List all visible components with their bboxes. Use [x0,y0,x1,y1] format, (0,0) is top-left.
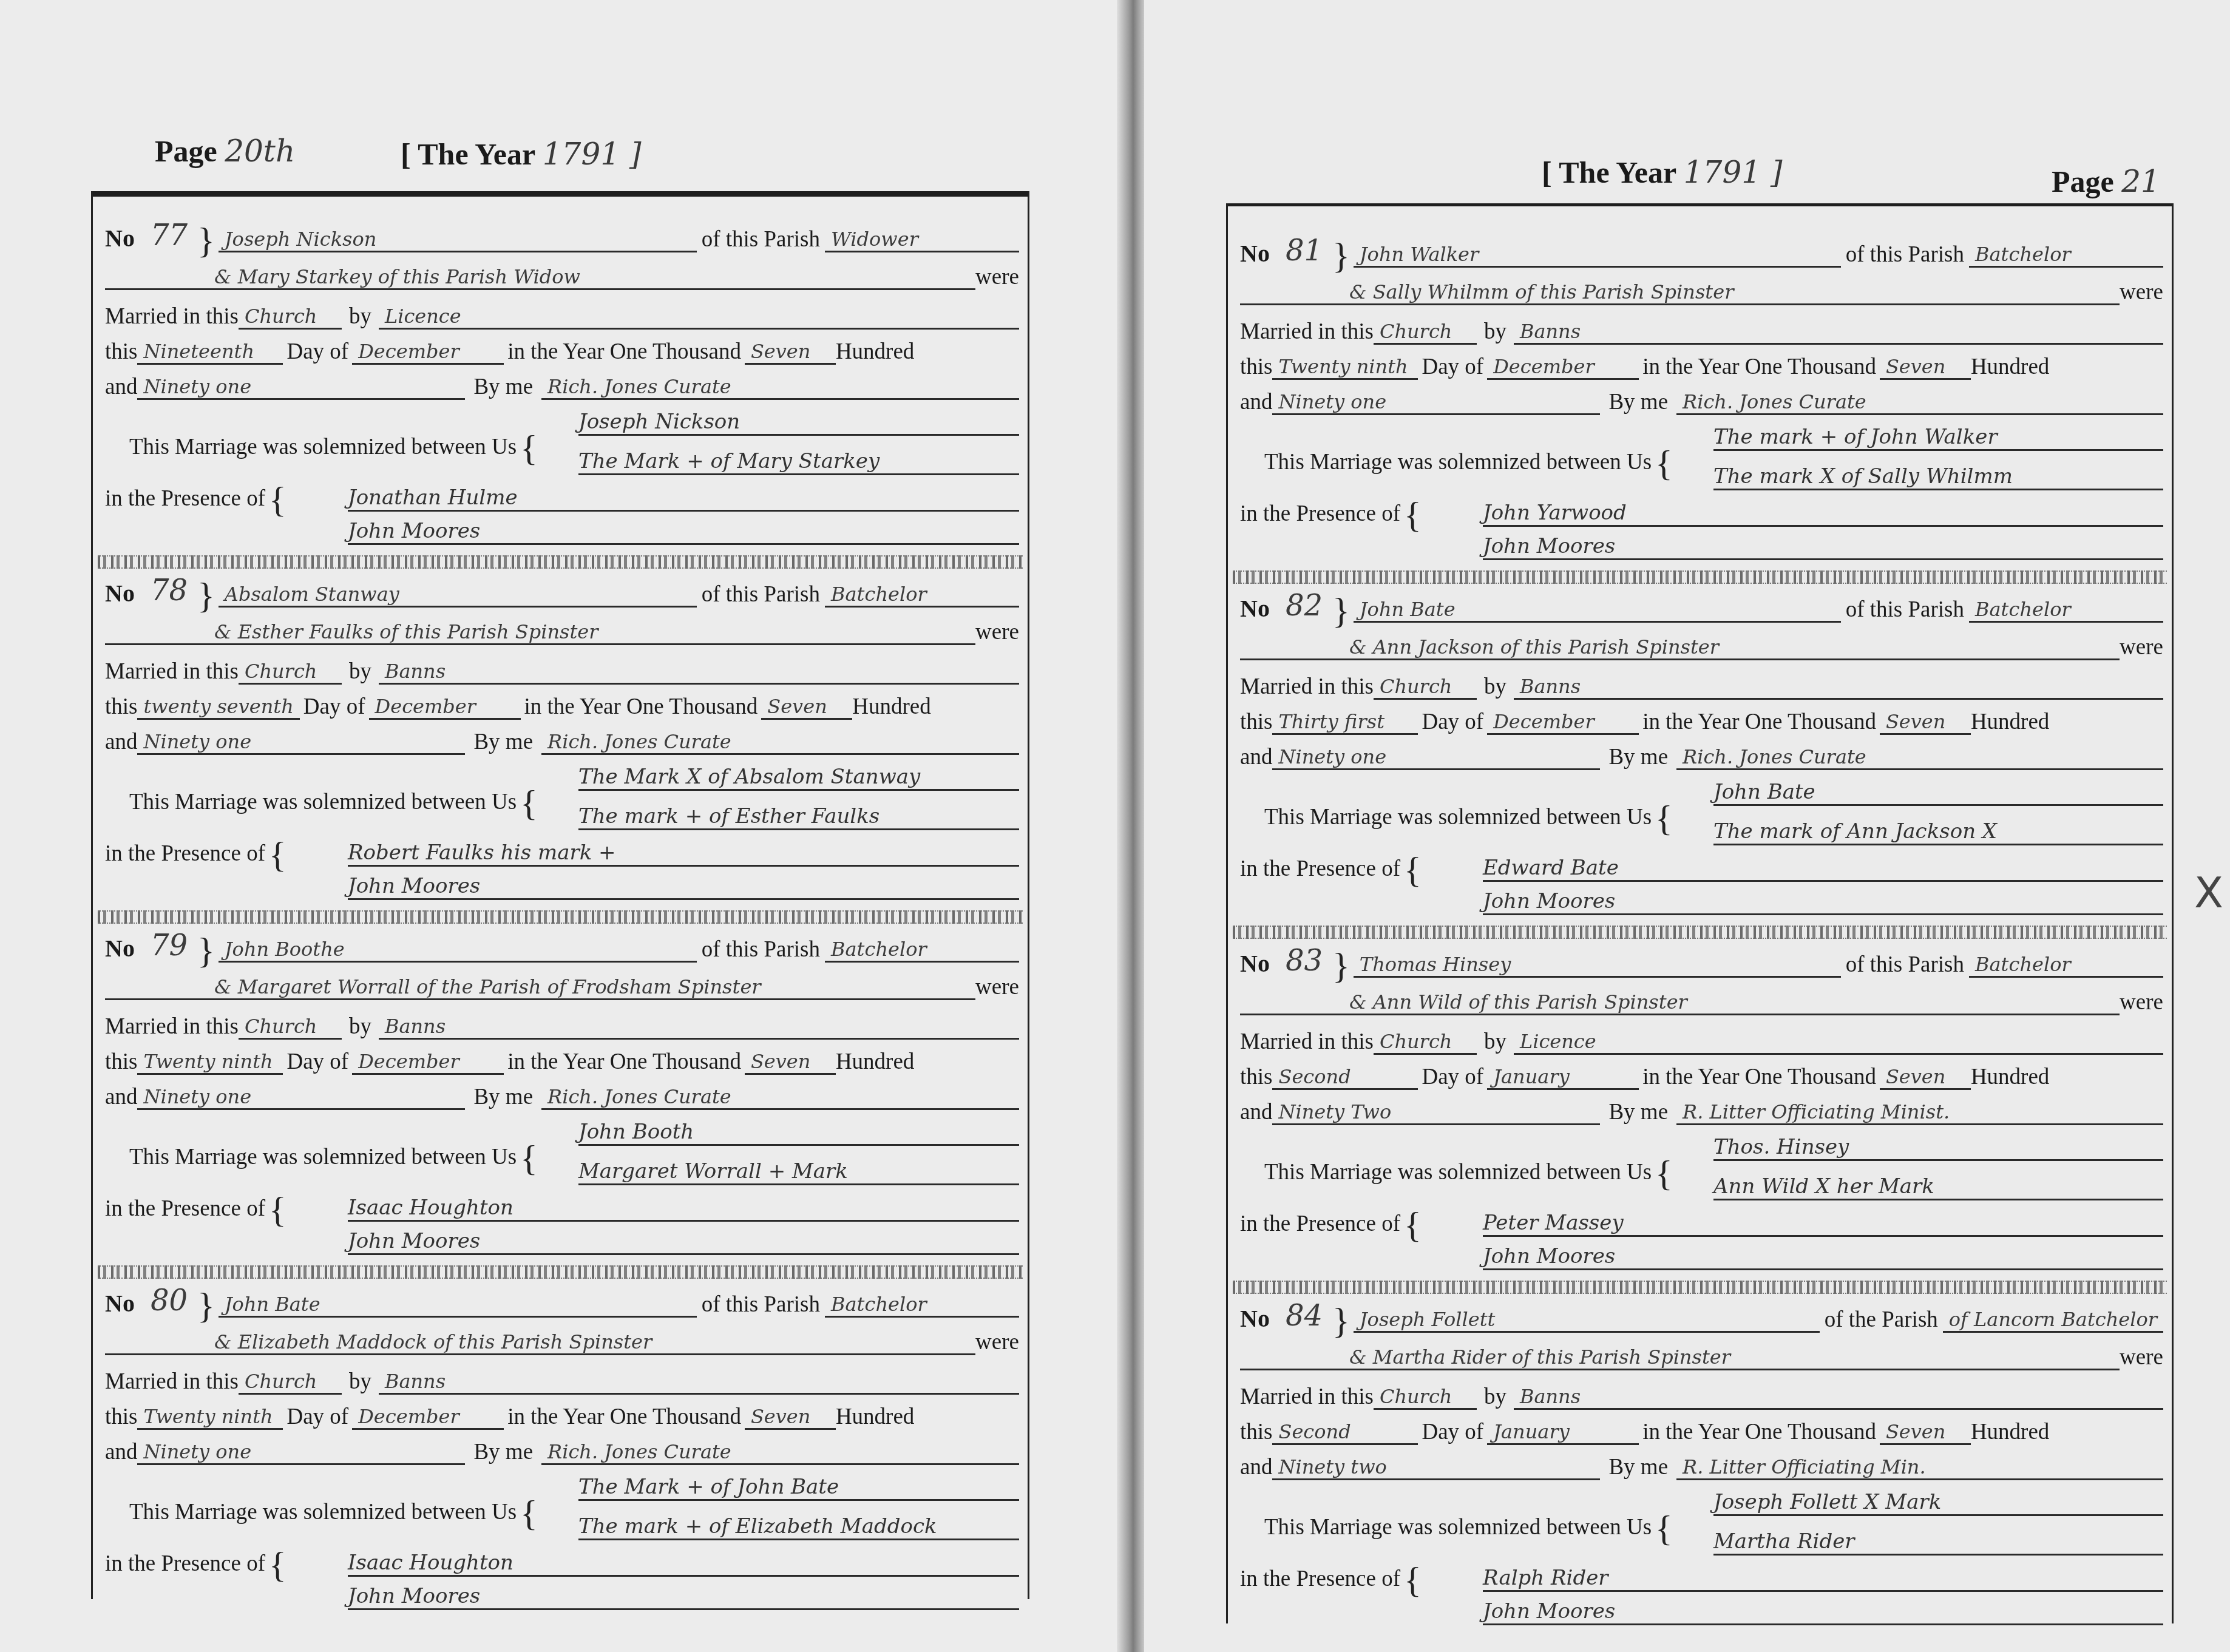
groom-name: Absalom Stanway [219,583,697,608]
year-text-label: in the Year One Thousand [1642,709,1876,735]
by-me-label: By me [473,729,533,755]
by-label: by [1484,674,1506,700]
party-signature-2: Margaret Worrall + Mark [578,1159,1019,1185]
entry-year-row: and Ninety one By me Rich. Jones Curate [105,1439,1019,1465]
bride-line: & Elizabeth Maddock of this Parish Spins… [105,1330,975,1355]
solemnized-label: This Marriage was solemnized between Us [129,1144,517,1170]
brace-icon: } [1332,598,1350,623]
witness-signature-2: John Moores [348,1229,1019,1255]
entry-date-row: this twenty seventh Day of December in t… [105,694,1019,720]
party-signature-2: The mark of Ann Jackson X [1713,819,2163,845]
year-text-label: in the Year One Thousand [1642,1419,1876,1445]
groom-parish-label: of this Parish [702,581,820,608]
witness-signature-1: Robert Faulks his mark + [348,841,1019,867]
entry-number: 81 [1279,234,1329,268]
marriage-day: Second [1272,1420,1418,1445]
party-signature-2: The Mark + of Mary Starkey [578,449,1019,475]
presence-label: in the Presence of [105,1551,265,1577]
solemnized-label: This Marriage was solemnized between Us [1264,804,1652,830]
year-tail: Ninety one [137,375,465,400]
party-signature-1: Joseph Follett X Mark [1713,1490,2163,1516]
entry-date-row: this Second Day of January in the Year O… [1240,1064,2163,1090]
marriage-month: December [352,1405,504,1430]
married-label: Married in this [105,658,239,685]
solemnized-label: This Marriage was solemnized between Us [1264,1514,1652,1540]
brace-icon: { [520,1501,538,1525]
witness-signature-2: John Moores [1483,534,2163,560]
this-label: this [1240,1419,1272,1445]
entry-divider-ornament [98,1265,1023,1279]
brace-icon: } [1332,1308,1350,1333]
groom-status: Batchelor [825,583,1019,608]
married-label: Married in this [1240,1384,1374,1410]
year-label: [ The Year [401,137,535,171]
groom-parish-label: of this Parish [702,936,820,963]
presence-label: in the Presence of [105,486,265,512]
party-signature-2: Ann Wild X her Mark [1713,1174,2163,1200]
brace-icon: } [197,1293,215,1318]
marriage-entry-84: No 84 } Joseph Follett of the Parish of … [1228,1281,2172,1639]
frame-top-rule [1228,203,2172,206]
marriage-place: Church [239,660,342,685]
presence-label: in the Presence of [1240,1566,1400,1592]
groom-status: Widower [825,228,1019,252]
groom-name: John Bate [219,1293,697,1318]
marriage-month: December [352,1050,504,1075]
brace-icon: { [269,487,286,512]
bride-line: & Ann Jackson of this Parish Spinster [1240,635,2120,660]
entry-bride-row: & Esther Faulks of this Parish Spinster … [105,619,1019,645]
page-label: Page [155,134,217,168]
year-century: Seven [745,340,836,365]
entry-number-label: No [1240,949,1270,978]
this-label: this [105,339,137,365]
marriage-month: December [1487,355,1639,380]
presence-label: in the Presence of [1240,856,1400,882]
brace-icon: } [1332,953,1350,978]
entry-year-row: and Ninety two By me R. Litter Officiati… [1240,1454,2163,1480]
day-of-label: Day of [1422,709,1483,735]
brace-icon: { [1404,503,1422,527]
this-label: this [105,1404,137,1430]
groom-parish-label: of this Parish [702,226,820,252]
entry-number-label: No [1240,239,1270,268]
entry-number-label: No [1240,594,1270,623]
party-signature-1: The Mark + of John Bate [578,1475,1019,1501]
witness-signature-2: John Moores [1483,889,2163,915]
marriage-day: Nineteenth [137,340,283,365]
marriage-entry-82: No 82 } John Bate of this Parish Batchel… [1228,570,2172,929]
marriage-place: Church [1374,1030,1477,1055]
left-page-number: Page 20th [155,134,295,169]
marriage-method: Banns [1514,675,2163,700]
by-label: by [1484,1029,1506,1055]
party-signature-1: The mark + of John Walker [1713,425,2163,451]
this-label: this [1240,1064,1272,1090]
and-label: and [105,1084,137,1110]
hundred-label: Hundred [1971,1064,2049,1090]
entry-divider-ornament [1233,1281,2167,1294]
marriage-entry-78: No 78 } Absalom Stanway of this Parish B… [93,555,1028,913]
groom-name: John Boothe [219,938,697,963]
were-label: were [2120,279,2163,305]
solemnized-label: This Marriage was solemnized between Us [129,434,517,460]
witness-signature-2: John Moores [1483,1244,2163,1270]
witness-signature-1: Isaac Houghton [348,1196,1019,1222]
brace-icon: { [269,1197,286,1222]
officiant-signature: Rich. Jones Curate [1676,745,2163,770]
day-of-label: Day of [286,1049,348,1075]
marriage-day: Second [1272,1065,1418,1090]
groom-status: Batchelor [1969,598,2163,623]
year-century: Seven [1880,710,1971,735]
groom-name: Joseph Follett [1354,1308,1820,1333]
party-signature-1: Joseph Nickson [578,410,1019,436]
entry-place-row: Married in this Church by Banns [1240,674,2163,700]
page-label: Page [2052,164,2114,198]
brace-icon: { [1655,451,1673,475]
entry-date-row: this Second Day of January in the Year O… [1240,1419,2163,1445]
groom-name: Thomas Hinsey [1354,953,1841,978]
entry-number: 79 [144,929,194,963]
solemnized-label: This Marriage was solemnized between Us [1264,1159,1652,1185]
brace-icon: { [1404,1568,1422,1592]
brace-icon: } [1332,243,1350,268]
married-label: Married in this [105,1014,239,1040]
year-value: 1791 ] [1684,155,1783,190]
groom-parish-label: of this Parish [702,1291,820,1318]
hundred-label: Hundred [836,339,914,365]
groom-name: John Walker [1354,243,1841,268]
year-tail: Ninety two [1272,1455,1600,1480]
year-text-label: in the Year One Thousand [507,1049,741,1075]
entry-groom-row: No 77 } Joseph Nickson of this Parish Wi… [105,218,1019,252]
entry-divider-ornament [1233,926,2167,939]
this-label: this [1240,354,1272,380]
brace-icon: { [1655,1161,1673,1185]
party-signature-1: Thos. Hinsey [1713,1135,2163,1161]
were-label: were [975,974,1019,1000]
day-of-label: Day of [303,694,365,720]
entry-place-row: Married in this Church by Licence [1240,1029,2163,1055]
entry-number: 83 [1279,944,1329,978]
officiant-signature: Rich. Jones Curate [541,1440,1019,1465]
entry-bride-row: & Ann Jackson of this Parish Spinster we… [1240,634,2163,660]
by-me-label: By me [1608,389,1668,415]
marriage-place: Church [239,305,342,330]
brace-icon: { [520,1146,538,1170]
entry-year-row: and Ninety one By me Rich. Jones Curate [1240,389,2163,415]
entry-groom-row: No 84 } Joseph Follett of the Parish of … [1240,1299,2163,1333]
witness-signature-2: John Moores [348,519,1019,545]
entry-date-row: this Twenty ninth Day of December in the… [105,1049,1019,1075]
marriage-day: Twenty ninth [1272,355,1418,380]
by-label: by [1484,1384,1506,1410]
marriage-day: Thirty first [1272,710,1418,735]
day-of-label: Day of [1422,1064,1483,1090]
frame-top-rule [93,191,1028,197]
entry-groom-row: No 79 } John Boothe of this Parish Batch… [105,929,1019,963]
presence-label: in the Presence of [105,1196,265,1222]
party-signature-1: John Booth [578,1120,1019,1146]
year-text-label: in the Year One Thousand [507,339,741,365]
entry-date-row: this Twenty ninth Day of December in the… [105,1404,1019,1430]
bride-line: & Mary Starkey of this Parish Widow [105,265,975,290]
year-tail: Ninety one [137,1085,465,1110]
day-of-label: Day of [1422,1419,1483,1445]
year-tail: Ninety one [137,1440,465,1465]
year-tail: Ninety one [1272,745,1600,770]
year-century: Seven [1880,1420,1971,1445]
hundred-label: Hundred [836,1049,914,1075]
officiant-signature: R. Litter Officiating Min. [1676,1455,2163,1480]
by-label: by [349,658,371,685]
marriage-place: Church [1374,1385,1477,1410]
marriage-method: Banns [379,1370,1019,1395]
entry-number: 84 [1279,1299,1329,1333]
entry-bride-row: & Margaret Worrall of the Parish of Frod… [105,974,1019,1000]
groom-status: of Lancorn Batchelor [1943,1308,2163,1333]
entry-date-row: this Twenty ninth Day of December in the… [1240,354,2163,380]
brace-icon: { [1404,1213,1422,1237]
groom-parish-label: of this Parish [1846,242,1964,268]
brace-icon: { [1404,858,1422,882]
right-year-heading: [ The Year 1791 ] [1542,155,1782,190]
married-label: Married in this [1240,674,1374,700]
entry-number: 77 [144,218,194,252]
by-label: by [349,1014,371,1040]
book-gutter [1117,0,1144,1652]
officiant-signature: Rich. Jones Curate [541,1085,1019,1110]
by-label: by [349,1369,371,1395]
year-century: Seven [761,695,852,720]
groom-name: John Bate [1354,598,1841,623]
brace-icon: { [1655,806,1673,830]
entry-bride-row: & Sally Whilmm of this Parish Spinster w… [1240,279,2163,305]
marriage-method: Banns [379,660,1019,685]
margin-cross-mark: X [2194,868,2223,918]
brace-icon: { [269,1552,286,1577]
witness-signature-1: John Yarwood [1483,501,2163,527]
year-value: 1791 ] [543,137,642,172]
groom-status: Batchelor [825,1293,1019,1318]
and-label: and [1240,744,1272,770]
year-tail: Ninety one [137,730,465,755]
party-signature-2: The mark + of Elizabeth Maddock [578,1514,1019,1540]
marriage-method: Banns [379,1015,1019,1040]
married-label: Married in this [105,1369,239,1395]
brace-icon: { [520,436,538,460]
marriage-day: Twenty ninth [137,1405,283,1430]
party-signature-2: The mark + of Esther Faulks [578,804,1019,830]
and-label: and [1240,389,1272,415]
bride-line: & Margaret Worrall of the Parish of Frod… [105,975,975,1000]
bride-line: & Esther Faulks of this Parish Spinster [105,620,975,645]
hundred-label: Hundred [836,1404,914,1430]
entry-date-row: this Thirty first Day of December in the… [1240,709,2163,735]
presence-label: in the Presence of [105,841,265,867]
this-label: this [105,694,137,720]
marriage-place: Church [239,1015,342,1040]
party-signature-2: The mark X of Sally Whilmm [1713,464,2163,490]
marriage-month: December [352,340,504,365]
marriage-method: Banns [1514,1385,2163,1410]
witness-signature-1: Edward Bate [1483,856,2163,882]
marriage-place: Church [239,1370,342,1395]
left-year-heading: [ The Year 1791 ] [401,137,641,172]
year-text-label: in the Year One Thousand [524,694,758,720]
marriage-entry-83: No 83 } Thomas Hinsey of this Parish Bat… [1228,926,2172,1284]
and-label: and [1240,1099,1272,1125]
entry-groom-row: No 80 } John Bate of this Parish Batchel… [105,1284,1019,1318]
marriage-month: January [1487,1065,1639,1090]
officiant-signature: Rich. Jones Curate [1676,390,2163,415]
year-century: Seven [745,1050,836,1075]
party-signature-1: The Mark X of Absalom Stanway [578,765,1019,791]
day-of-label: Day of [1422,354,1483,380]
married-label: Married in this [1240,1029,1374,1055]
entry-year-row: and Ninety one By me Rich. Jones Curate [105,374,1019,400]
right-register-frame: No 81 } John Walker of this Parish Batch… [1226,203,2174,1623]
entry-number-label: No [105,224,135,252]
were-label: were [975,264,1019,290]
entry-number-label: No [105,934,135,963]
year-century: Seven [745,1405,836,1430]
hundred-label: Hundred [852,694,930,720]
year-century: Seven [1880,355,1971,380]
groom-status: Batchelor [1969,953,2163,978]
marriage-entry-80: No 80 } John Bate of this Parish Batchel… [93,1265,1028,1623]
marriage-month: January [1487,1420,1639,1445]
by-me-label: By me [1608,744,1668,770]
hundred-label: Hundred [1971,709,2049,735]
by-me-label: By me [473,374,533,400]
year-text-label: in the Year One Thousand [1642,354,1876,380]
entry-year-row: and Ninety one By me Rich. Jones Curate [105,1084,1019,1110]
witness-signature-2: John Moores [348,874,1019,900]
witness-signature-2: John Moores [348,1584,1019,1610]
marriage-place: Church [1374,320,1477,345]
witness-signature-1: Isaac Houghton [348,1551,1019,1577]
marriage-day: Twenty ninth [137,1050,283,1075]
entry-place-row: Married in this Church by Licence [105,303,1019,330]
year-century: Seven [1880,1065,1971,1090]
entry-number: 78 [144,574,194,608]
year-text-label: in the Year One Thousand [507,1404,741,1430]
hundred-label: Hundred [1971,354,2049,380]
entry-number: 82 [1279,589,1329,623]
hundred-label: Hundred [1971,1419,2049,1445]
bride-line: & Ann Wild of this Parish Spinster [1240,990,2120,1015]
brace-icon: { [269,842,286,867]
entry-divider-ornament [1233,570,2167,584]
entry-number-label: No [1240,1304,1270,1333]
officiant-signature: Rich. Jones Curate [541,730,1019,755]
were-label: were [2120,634,2163,660]
entry-divider-ornament [98,555,1023,569]
by-me-label: By me [473,1439,533,1465]
presence-label: in the Presence of [1240,1211,1400,1237]
entry-place-row: Married in this Church by Banns [105,658,1019,685]
year-text-label: in the Year One Thousand [1642,1064,1876,1090]
witness-signature-1: Peter Massey [1483,1211,2163,1237]
were-label: were [975,619,1019,645]
married-label: Married in this [1240,319,1374,345]
by-label: by [1484,319,1506,345]
entry-bride-row: & Martha Rider of this Parish Spinster w… [1240,1344,2163,1370]
day-of-label: Day of [286,1404,348,1430]
groom-parish-label: of this Parish [1846,952,1964,978]
entry-number: 80 [144,1284,194,1318]
by-me-label: By me [1608,1099,1668,1125]
witness-signature-1: Jonathan Hulme [348,486,1019,512]
bride-line: & Martha Rider of this Parish Spinster [1240,1346,2120,1370]
entry-date-row: this Nineteenth Day of December in the Y… [105,339,1019,365]
brace-icon: } [197,228,215,252]
marriage-entry-81: No 81 } John Walker of this Parish Batch… [1228,215,2172,574]
brace-icon: } [197,938,215,963]
witness-signature-2: John Moores [1483,1599,2163,1625]
marriage-entry-79: No 79 } John Boothe of this Parish Batch… [93,910,1028,1268]
year-tail: Ninety Two [1272,1100,1600,1125]
groom-parish-label: of this Parish [1846,597,1964,623]
marriage-place: Church [1374,675,1477,700]
brace-icon: { [1655,1516,1673,1540]
and-label: and [105,729,137,755]
entry-bride-row: & Elizabeth Maddock of this Parish Spins… [105,1329,1019,1355]
entry-place-row: Married in this Church by Banns [105,1369,1019,1395]
this-label: this [105,1049,137,1075]
entry-groom-row: No 83 } Thomas Hinsey of this Parish Bat… [1240,944,2163,978]
officiant-signature: R. Litter Officiating Minist. [1676,1100,2163,1125]
entry-place-row: Married in this Church by Banns [1240,1384,2163,1410]
entry-place-row: Married in this Church by Banns [1240,319,2163,345]
entry-number-label: No [105,579,135,608]
entry-place-row: Married in this Church by Banns [105,1014,1019,1040]
bride-line: & Sally Whilmm of this Parish Spinster [1240,280,2120,305]
entry-divider-ornament [98,910,1023,924]
groom-parish-label: of the Parish [1825,1307,1938,1333]
year-label: [ The Year [1542,155,1676,189]
entry-year-row: and Ninety one By me Rich. Jones Curate [105,729,1019,755]
married-label: Married in this [105,303,239,330]
day-of-label: Day of [286,339,348,365]
page-number-value: 21 [2121,164,2160,199]
brace-icon: } [197,583,215,608]
right-page-number: Page 21 [2052,164,2160,199]
marriage-method: Licence [379,305,1019,330]
brace-icon: { [520,791,538,815]
year-tail: Ninety one [1272,390,1600,415]
entry-number-label: No [105,1289,135,1318]
were-label: were [2120,989,2163,1015]
groom-name: Joseph Nickson [219,228,697,252]
marriage-method: Licence [1514,1030,2163,1055]
solemnized-label: This Marriage was solemnized between Us [1264,449,1652,475]
were-label: were [2120,1344,2163,1370]
marriage-month: December [369,695,521,720]
entry-bride-row: & Mary Starkey of this Parish Widow were [105,264,1019,290]
entry-groom-row: No 78 } Absalom Stanway of this Parish B… [105,574,1019,608]
and-label: and [105,1439,137,1465]
groom-status: Batchelor [1969,243,2163,268]
by-me-label: By me [1608,1454,1668,1480]
entry-year-row: and Ninety one By me Rich. Jones Curate [1240,744,2163,770]
and-label: and [105,374,137,400]
entry-year-row: and Ninety Two By me R. Litter Officiati… [1240,1099,2163,1125]
entry-bride-row: & Ann Wild of this Parish Spinster were [1240,989,2163,1015]
groom-status: Batchelor [825,938,1019,963]
